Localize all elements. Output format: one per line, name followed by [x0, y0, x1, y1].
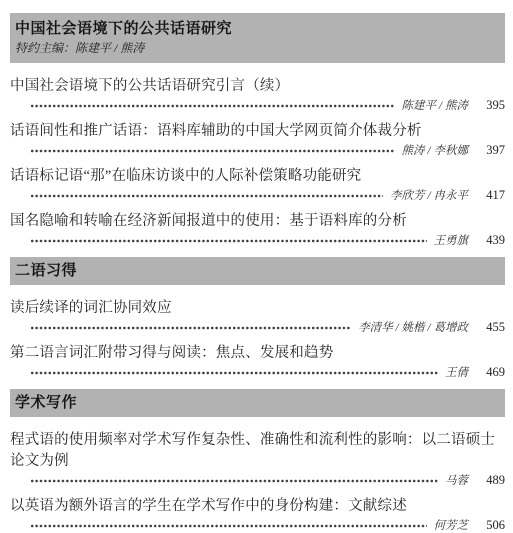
journal-toc-page: 中国社会语境下的公共话语研究 特约主编：陈建平 / 熊涛 中国社会语境下的公共话…: [0, 0, 513, 533]
toc-entry: 话语间性和推广话语：语料库辅助的中国大学网页简介体裁分析 熊涛 / 李秋娜 39…: [10, 121, 505, 157]
entry-leader-row: 李清华 / 姚楷 / 葛增政 455: [10, 320, 505, 334]
entry-leader-row: 李欣芳 / 冉永平 417: [10, 188, 505, 202]
section-header: 二语习得: [10, 257, 505, 285]
toc-entry: 话语标记语“那”在临床访谈中的人际补偿策略功能研究 李欣芳 / 冉永平 417: [10, 166, 505, 202]
entry-leader-row: 马蓉 489: [10, 473, 505, 487]
entry-authors: 马蓉: [445, 472, 468, 488]
toc-entry: 程式语的使用频率对学术写作复杂性、准确性和流利性的影响：以二语硕士论文为例 马蓉…: [10, 430, 505, 487]
entry-leader-row: 熊涛 / 李秋娜 397: [10, 143, 505, 157]
entry-title: 话语间性和推广话语：语料库辅助的中国大学网页简介体裁分析: [10, 121, 505, 142]
entry-page-number: 455: [479, 320, 505, 335]
section-sla: 二语习得 读后续译的词汇协同效应 李清华 / 姚楷 / 葛增政 455 第二语言…: [10, 257, 505, 379]
dotted-leader: [31, 473, 438, 487]
entry-title: 中国社会语境下的公共话语研究引言（续）: [10, 76, 505, 97]
toc-entry: 第二语言词汇附带习得与阅读：焦点、发展和趋势 王倩 469: [10, 343, 505, 379]
entry-page-number: 489: [479, 473, 505, 488]
dotted-leader: [31, 188, 383, 202]
section-header: 学术写作: [10, 389, 505, 417]
entry-title: 话语标记语“那”在临床访谈中的人际补偿策略功能研究: [10, 166, 505, 187]
section-academic-writing: 学术写作 程式语的使用频率对学术写作复杂性、准确性和流利性的影响：以二语硕士论文…: [10, 389, 505, 532]
entry-authors: 王勇旗: [434, 232, 469, 248]
entry-authors: 熊涛 / 李秋娜: [402, 142, 468, 158]
entry-page-number: 397: [479, 143, 505, 158]
section-public-discourse: 中国社会语境下的公共话语研究 特约主编：陈建平 / 熊涛 中国社会语境下的公共话…: [10, 13, 505, 247]
entry-page-number: 395: [479, 98, 505, 113]
entry-title: 以英语为额外语言的学生在学术写作中的身份构建：文献综述: [10, 496, 505, 517]
entry-title: 第二语言词汇附带习得与阅读：焦点、发展和趋势: [10, 343, 505, 364]
entry-page-number: 439: [479, 233, 505, 248]
entry-authors: 李清华 / 姚楷 / 葛增政: [358, 319, 468, 335]
entry-leader-row: 王勇旗 439: [10, 233, 505, 247]
dotted-leader: [31, 365, 438, 379]
dotted-leader: [31, 98, 395, 112]
toc-entry: 以英语为额外语言的学生在学术写作中的身份构建：文献综述 何芳芝 506: [10, 496, 505, 532]
entry-title: 程式语的使用频率对学术写作复杂性、准确性和流利性的影响：以二语硕士论文为例: [10, 430, 505, 472]
entry-authors: 何芳芝: [434, 517, 469, 533]
entry-leader-row: 何芳芝 506: [10, 518, 505, 532]
dotted-leader: [31, 143, 395, 157]
entry-page-number: 469: [479, 365, 505, 380]
entry-page-number: 506: [479, 518, 505, 533]
entry-authors: 陈建平 / 熊涛: [402, 97, 468, 113]
section-title: 二语习得: [15, 261, 499, 281]
section-guest-editors: 特约主编：陈建平 / 熊涛: [15, 40, 499, 56]
entry-page-number: 417: [479, 188, 505, 203]
section-header: 中国社会语境下的公共话语研究 特约主编：陈建平 / 熊涛: [10, 13, 505, 63]
entry-authors: 王倩: [445, 364, 468, 380]
toc-entry: 读后续译的词汇协同效应 李清华 / 姚楷 / 葛增政 455: [10, 298, 505, 334]
entry-title: 国名隐喻和转喻在经济新闻报道中的使用：基于语料库的分析: [10, 211, 505, 232]
entry-leader-row: 王倩 469: [10, 365, 505, 379]
entry-title: 读后续译的词汇协同效应: [10, 298, 505, 319]
section-title: 中国社会语境下的公共话语研究: [15, 19, 499, 39]
entry-leader-row: 陈建平 / 熊涛 395: [10, 98, 505, 112]
entry-authors: 李欣芳 / 冉永平: [390, 187, 468, 203]
dotted-leader: [31, 320, 351, 334]
dotted-leader: [31, 518, 427, 532]
dotted-leader: [31, 233, 427, 247]
toc-entry: 中国社会语境下的公共话语研究引言（续） 陈建平 / 熊涛 395: [10, 76, 505, 112]
toc-entry: 国名隐喻和转喻在经济新闻报道中的使用：基于语料库的分析 王勇旗 439: [10, 211, 505, 247]
section-title: 学术写作: [15, 393, 499, 413]
